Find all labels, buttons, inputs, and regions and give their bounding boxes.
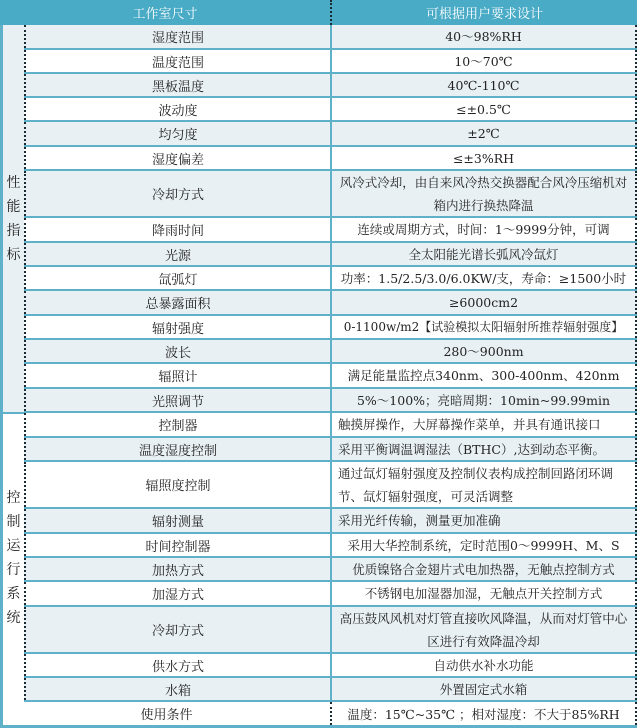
row-label: 温度湿度控制: [24, 438, 330, 460]
row-value: 采用光纤传输，测量更加准确: [330, 509, 637, 532]
row-label: 辐照度控制: [24, 462, 330, 507]
table-row: 供水方式 自动供水补水功能: [24, 654, 637, 678]
table-row: 光源 全太阳能光谱长弧风冷氙灯: [24, 243, 637, 267]
table-row: 湿度范围 40～98%RH: [24, 25, 637, 50]
row-label: 时间控制器: [24, 534, 330, 556]
table-row: 冷却方式 风冷式冷却，由自来风冷热交换器配合风冷压缩机对箱内进行换热降温: [24, 171, 637, 218]
row-label: 辐照计: [24, 364, 330, 387]
row-label: 控制器: [24, 413, 330, 436]
row-value: 自动供水补水功能: [330, 654, 637, 676]
row-label: 供水方式: [24, 654, 330, 676]
row-label: 氙弧灯: [24, 267, 330, 289]
group-char: 运: [7, 534, 21, 558]
row-value: 40℃-110℃: [330, 74, 637, 96]
row-value: 采用大华控制系统，定时范围0～9999H、M、S: [330, 534, 637, 556]
row-label: 冷却方式: [24, 171, 330, 216]
row-value: ≥6000cm2: [330, 291, 637, 314]
table-row: 控制器 触摸屏操作，大屏幕操作菜单，并具有通讯接口: [24, 413, 637, 438]
row-value: 40～98%RH: [330, 25, 637, 48]
row-label: 加湿方式: [24, 582, 330, 605]
row-label: 冷却方式: [24, 607, 330, 652]
row-value: 采用平衡调温调湿法（BTHC）,达到动态平衡。: [330, 438, 637, 460]
group-char: 行: [7, 558, 21, 582]
row-label: 湿度范围: [24, 25, 330, 48]
table-row: 加湿方式 不锈钢电加湿器加湿，无触点开关控制方式: [24, 582, 637, 607]
table-row: 氙弧灯 功率：1.5/2.5/3.0/6.0KW/支，寿命：≥1500小时: [24, 267, 637, 291]
row-label: 波动度: [24, 98, 330, 120]
row-value: 优质镍铬合金翅片式电加热器，无触点控制方式: [330, 558, 637, 580]
row-label: 黑板温度: [24, 74, 330, 96]
row-value: ±2℃: [330, 122, 637, 145]
table-row: 温度范围 10～70℃: [24, 50, 637, 74]
row-label: 温度范围: [24, 50, 330, 72]
table-row: 辐射强度 0-1100w/m2【试验模拟太阳辐射所推荐辐射强度】: [24, 316, 637, 340]
row-label: 总暴露面积: [24, 291, 330, 314]
row-label: 光照调节: [24, 389, 330, 411]
spec-table: 工作室尺寸 可根据用户要求设计 性 能 指 标 控 制 运 行 系 统 湿度范围…: [0, 0, 637, 728]
table-row: 时间控制器 采用大华控制系统，定时范围0～9999H、M、S: [24, 534, 637, 558]
row-value: 高压鼓风风机对灯管直接吹风降温，从而对灯管中心区进行有效降温冷却: [330, 607, 637, 652]
header-right: 可根据用户要求设计: [330, 0, 637, 25]
row-value: 280～900nm: [330, 340, 637, 362]
header-left: 工作室尺寸: [0, 0, 330, 25]
row-value: 连续或周期方式，时间：1～9999分钟，可调: [330, 218, 637, 241]
row-value: 功率：1.5/2.5/3.0/6.0KW/支，寿命：≥1500小时: [330, 267, 637, 289]
row-value: 全太阳能光谱长弧风冷氙灯: [330, 243, 637, 265]
row-label: 波长: [24, 340, 330, 362]
table-row: 加热方式 优质镍铬合金翅片式电加热器，无触点控制方式: [24, 558, 637, 582]
row-label: 辐射强度: [24, 316, 330, 338]
footer-label: 使用条件: [3, 702, 330, 725]
table-row: 辐射测量 采用光纤传输，测量更加准确: [24, 509, 637, 534]
group-char: 统: [7, 606, 21, 630]
table-row: 湿度偏差 ≤±3%RH: [24, 147, 637, 171]
row-label: 均匀度: [24, 122, 330, 145]
row-value: 0-1100w/m2【试验模拟太阳辐射所推荐辐射强度】: [330, 316, 637, 338]
group-char: 系: [7, 582, 21, 606]
row-value: 风冷式冷却，由自来风冷热交换器配合风冷压缩机对箱内进行换热降温: [330, 171, 637, 216]
row-label: 湿度偏差: [24, 147, 330, 169]
table-row: 辐照计 满足能量监控点340nm、300-400nm、420nm: [24, 364, 637, 389]
group-char: 制: [7, 510, 21, 534]
group-char: 性: [7, 171, 21, 195]
row-value: 5%～100%；亮暗周期：10min~99.99min: [330, 389, 637, 411]
table-header: 工作室尺寸 可根据用户要求设计: [0, 0, 637, 25]
row-value: ≤±3%RH: [330, 147, 637, 169]
table-row: 波长 280～900nm: [24, 340, 637, 364]
group-control: 控 制 运 行 系 统: [0, 412, 24, 702]
table-row: 冷却方式 高压鼓风风机对灯管直接吹风降温，从而对灯管中心区进行有效降温冷却: [24, 607, 637, 654]
row-label: 加热方式: [24, 558, 330, 580]
row-label: 水箱: [24, 678, 330, 700]
group-char: 标: [7, 243, 21, 267]
group-char: 控: [7, 486, 21, 510]
table-row: 水箱 外置固定式水箱: [24, 678, 637, 702]
row-value: 不锈钢电加湿器加湿，无触点开关控制方式: [330, 582, 637, 605]
row-value: 满足能量监控点340nm、300-400nm、420nm: [330, 364, 637, 387]
table-row: 波动度 ≤±0.5℃: [24, 98, 637, 122]
footer-row: 使用条件 温度：15℃~35℃ ；相对湿度：不大于85%RH: [0, 702, 637, 728]
table-row: 温度湿度控制 采用平衡调温调湿法（BTHC）,达到动态平衡。: [24, 438, 637, 462]
row-value: 通过氙灯辐射强度及控制仪表构成控制回路闭环调节、氙灯辐射强度，可灵活调整: [330, 462, 637, 507]
table-row: 黑板温度 40℃-110℃: [24, 74, 637, 98]
row-label: 光源: [24, 243, 330, 265]
row-label: 降雨时间: [24, 218, 330, 241]
group-char: 能: [7, 195, 21, 219]
footer-value: 温度：15℃~35℃ ；相对湿度：不大于85%RH: [330, 702, 637, 725]
table-row: 光照调节 5%～100%；亮暗周期：10min~99.99min: [24, 389, 637, 413]
table-row: 均匀度 ±2℃: [24, 122, 637, 147]
row-value: 10～70℃: [330, 50, 637, 72]
group-char: 指: [7, 219, 21, 243]
table-row: 降雨时间 连续或周期方式，时间：1～9999分钟，可调: [24, 218, 637, 243]
row-value: ≤±0.5℃: [330, 98, 637, 120]
row-label: 辐射测量: [24, 509, 330, 532]
group-performance: 性 能 指 标: [0, 25, 24, 413]
row-value: 触摸屏操作，大屏幕操作菜单，并具有通讯接口: [330, 413, 637, 436]
table-row: 总暴露面积 ≥6000cm2: [24, 291, 637, 316]
row-value: 外置固定式水箱: [330, 678, 637, 700]
table-row: 辐照度控制 通过氙灯辐射强度及控制仪表构成控制回路闭环调节、氙灯辐射强度，可灵活…: [24, 462, 637, 509]
